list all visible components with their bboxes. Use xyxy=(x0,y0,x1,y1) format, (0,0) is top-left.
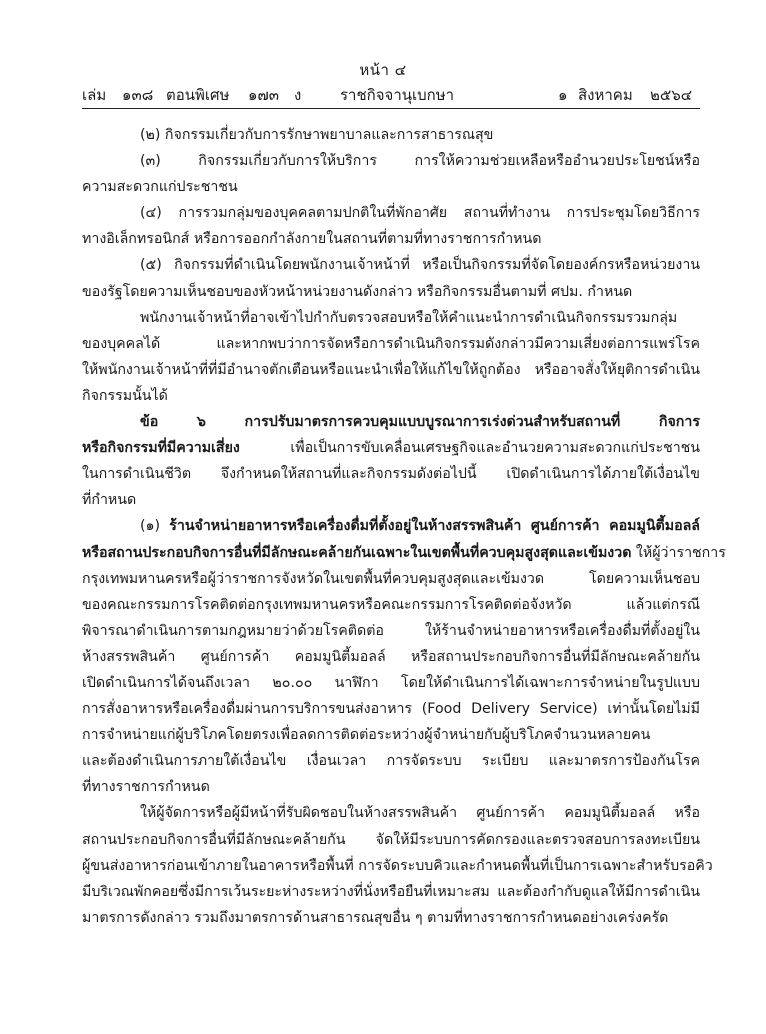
manager-paragraph-line-2: สถานประกอบกิจการอื่นที่มีลักษณะคล้ายกัน … xyxy=(82,827,700,853)
manager-paragraph-line-3: ผู้ขนส่งอาหารก่อนเข้าภายในอาคารหรือพื้นท… xyxy=(82,853,700,879)
section-number: ๑๗๓ xyxy=(248,84,279,106)
clause-6-item-1-text: ให้ผู้ว่าราชการ xyxy=(631,545,725,561)
volume-label: เล่ม xyxy=(82,84,106,106)
page-number: หน้า ๔ xyxy=(0,59,766,81)
clause-6-item-1-line-4: ของคณะกรรมการโรคติดต่อกรุงเทพมหานครหรือค… xyxy=(82,592,700,618)
officer-paragraph-line-1: พนักงานเจ้าหน้าที่อาจเข้าไปกำกับตรวจสอบห… xyxy=(82,305,700,331)
section-letter: ง xyxy=(294,84,301,106)
clause-6-item-1-line-1: (๑) ร้านจำหน่ายอาหารหรือเครื่องดื่มที่ตั… xyxy=(82,513,700,539)
officer-paragraph-line-3: ให้พนักงานเจ้าหน้าที่ที่มีอำนาจตักเตือนห… xyxy=(82,357,700,383)
clause-6-line-3: ในการดำเนินชีวิต จึงกำหนดให้สถานที่และกิ… xyxy=(82,461,700,487)
item-3-line-2: ความสะดวกแก่ประชาชน xyxy=(82,174,700,200)
officer-paragraph-line-2: ของบุคคลได้ และหากพบว่าการจัดหรือการดำเน… xyxy=(82,331,700,357)
manager-paragraph-line-4: มีบริเวณพักคอยซึ่งมีการเว้นระยะห่างระหว่… xyxy=(82,879,700,905)
item-5-line-2: ของรัฐโดยความเห็นชอบของหัวหน้าหน่วยงานดั… xyxy=(82,279,700,305)
document-body: (๒) กิจกรรมเกี่ยวกับการรักษาพยาบาลและการ… xyxy=(82,122,700,931)
officer-paragraph-line-4: กิจกรรมนั้นได้ xyxy=(82,383,700,409)
manager-paragraph-line-1: ให้ผู้จัดการหรือผู้มีหน้าที่รับผิดชอบในห… xyxy=(82,800,700,826)
clause-6-item-1-heading-continued: หรือสถานประกอบกิจการอื่นที่มีลักษณะคล้าย… xyxy=(82,545,631,561)
clause-6-item-1-line-6: ห้างสรรพสินค้า ศูนย์การค้า คอมมูนิตี้มอล… xyxy=(82,644,700,670)
gazette-page: หน้า ๔ เล่ม ๑๓๘ ตอนพิเศษ ๑๗๓ ง ราชกิจจาน… xyxy=(0,0,766,1034)
clause-6-item-1-line-3: กรุงเทพมหานครหรือผู้ว่าราชการจังหวัดในเข… xyxy=(82,566,700,592)
item-2: (๒) กิจกรรมเกี่ยวกับการรักษาพยาบาลและการ… xyxy=(82,122,700,148)
clause-6-item-1-line-5: พิจารณาดำเนินการตามกฎหมายว่าด้วยโรคติดต่… xyxy=(82,618,700,644)
clause-6-item-1-line-9: การจำหน่ายแก่ผู้บริโภคโดยตรงเพื่อลดการติ… xyxy=(82,722,700,748)
clause-6-item-1-line-10: และต้องดำเนินการภายใต้เงื่อนไข เงื่อนเวล… xyxy=(82,748,700,774)
clause-6-item-1-number: (๑) xyxy=(140,518,169,534)
item-4-line-1: (๔) การรวมกลุ่มของบุคคลตามปกติในที่พักอา… xyxy=(82,200,700,226)
clause-6-line-2: หรือกิจกรรมที่มีความเสี่ยง เพื่อเป็นการข… xyxy=(82,435,700,461)
date-year: ๒๕๖๔ xyxy=(650,84,692,106)
item-4-line-2: ทางอิเล็กทรอนิกส์ หรือการออกกำลังกายในสถ… xyxy=(82,226,700,252)
item-5-line-1: (๕) กิจกรรมที่ดำเนินโดยพนักงานเจ้าหน้าที… xyxy=(82,252,700,278)
clause-6-text: เพื่อเป็นการขับเคลื่อนเศรษฐกิจและอำนวยคว… xyxy=(240,440,700,456)
header-divider xyxy=(82,108,700,109)
item-3-line-1: (๓) กิจกรรมเกี่ยวกับการให้บริการ การให้ค… xyxy=(82,148,700,174)
clause-6-item-1-line-11: ที่ทางราชการกำหนด xyxy=(82,774,700,800)
clause-6-title-continued: หรือกิจกรรมที่มีความเสี่ยง xyxy=(82,440,240,456)
clause-6-line-4: ที่กำหนด xyxy=(82,487,700,513)
clause-6-item-1-line-7: เปิดดำเนินการได้จนถึงเวลา ๒๐.๐๐ นาฬิกา โ… xyxy=(82,670,700,696)
clause-6-item-1-line-8: การสั่งอาหารหรือเครื่องดื่มผ่านการบริการ… xyxy=(82,696,700,722)
clause-6-item-1-line-2: หรือสถานประกอบกิจการอื่นที่มีลักษณะคล้าย… xyxy=(82,540,700,566)
volume-number: ๑๓๘ xyxy=(122,84,153,106)
clause-6-item-1-heading: ร้านจำหน่ายอาหารหรือเครื่องดื่มที่ตั้งอย… xyxy=(169,518,700,534)
gazette-name: ราชกิจจานุเบกษา xyxy=(340,84,454,106)
date-day: ๑ xyxy=(558,84,568,106)
manager-paragraph-line-5: มาตรการดังกล่าว รวมถึงมาตรการด้านสาธารณส… xyxy=(82,905,700,931)
running-header: เล่ม ๑๓๘ ตอนพิเศษ ๑๗๓ ง ราชกิจจานุเบกษา … xyxy=(82,84,698,106)
section-label: ตอนพิเศษ xyxy=(166,84,229,106)
clause-6-title: ข้อ ๖ การปรับมาตรการควบคุมแบบบูรณาการเร่… xyxy=(82,409,700,435)
date-month: สิงหาคม xyxy=(578,84,633,106)
